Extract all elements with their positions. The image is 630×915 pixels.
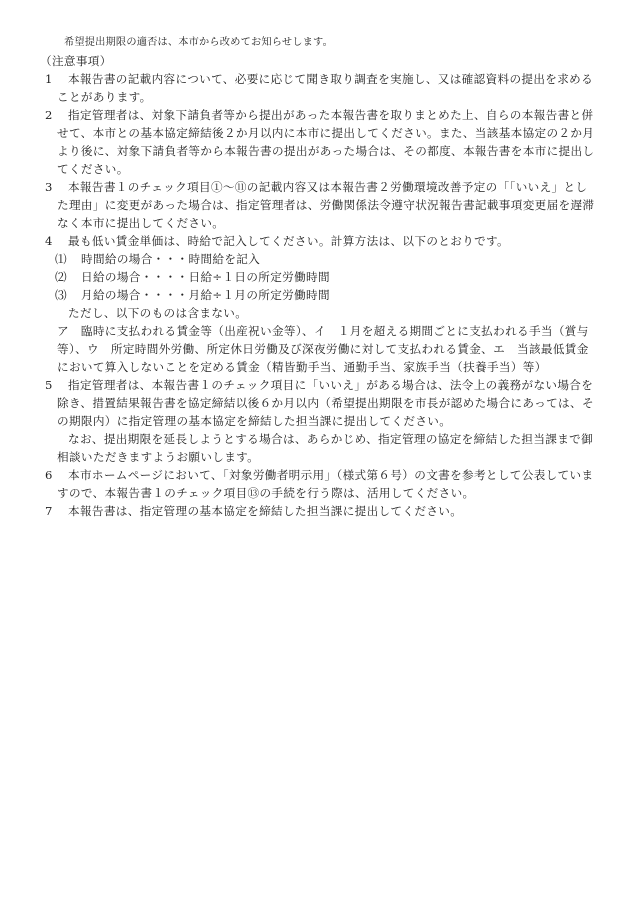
item-text: より後に、対象下請負者等から本報告書の提出があった場合は、その都度、本報告書を本… (57, 144, 594, 158)
document-page: 希望提出期限の適否は、本市から改めてお知らせします。 （注意事項） 1 本報告書… (0, 0, 630, 915)
item-text: なく本市に提出してください。 (57, 216, 224, 230)
item-number: 7 (45, 504, 53, 518)
item-number: 6 (45, 468, 53, 482)
item-text: 本報告書の記載内容について、必要に応じて聞き取り調査を実施し、又は確認資料の提出… (68, 72, 593, 86)
item-number: 3 (45, 180, 53, 194)
deadline-notice: 希望提出期限の適否は、本市から改めてお知らせします。 (64, 36, 333, 50)
item-text: 最も低い賃金単価は、時給で記入してください。計算方法は、以下のとおりです。 (68, 234, 509, 248)
item-number: 4 (45, 234, 53, 248)
sub-item-label: ⑶ (55, 288, 67, 302)
exclusion-note: ただし、以下のものは含まない。 (68, 306, 247, 320)
item-text: なお、提出期限を延長しようとする場合は、あらかじめ、指定管理の協定を締結した担当… (68, 432, 593, 446)
sub-item-text: 月給の場合・・・・月給÷１月の所定労働時間 (81, 288, 330, 302)
sub-item-label: ⑵ (55, 270, 67, 284)
item-number: 1 (45, 72, 53, 86)
item-text: た理由」に変更があった場合は、指定管理者は、労働関係法令遵守状況報告書記載事項変… (57, 198, 594, 212)
item-number: 5 (45, 378, 53, 392)
item-text: 指定管理者は、対象下請負者等から提出があった本報告書を取りまとめた上、自らの本報… (68, 108, 593, 122)
item-text: てください。 (57, 162, 129, 176)
sub-item-label: ⑴ (55, 252, 67, 266)
sub-item-text: 時間給の場合・・・時間給を記入 (81, 252, 260, 266)
exclusion-text: 等）、ウ 所定時間外労働、所定休日労働及び深夜労働に対して支払われる賃金、エ 当… (57, 342, 589, 356)
item-text: ことがあります。 (57, 90, 152, 104)
item-text: 本報告書１のチェック項目①～⑪の記載内容又は本報告書２労働環境改善予定の「「いい… (68, 180, 587, 194)
item-text: すので、本報告書１のチェック項目⑬の手続を行う際は、活用してください。 (57, 486, 474, 500)
item-text: 指定管理者は、本報告書１のチェック項目に「いいえ」がある場合は、法令上の義務がな… (68, 378, 593, 392)
exclusion-text: ア 臨時に支払われる賃金等（出産祝い金等）、イ １月を超える期間ごとに支払われる… (57, 324, 589, 338)
section-heading: （注意事項） (40, 54, 112, 68)
item-text: せて、本市との基本協定締結後２か月以内に本市に提出してください。また、当該基本協… (57, 126, 594, 140)
item-text: の期限内）に指定管理の基本協定を締結した担当課に提出してください。 (57, 414, 451, 428)
item-text: 除き、措置結果報告書を協定締結以後６か月以内（希望提出期限を市長が認めた場合にあ… (57, 396, 594, 410)
item-text: 相談いただきますようお願いします。 (57, 450, 259, 464)
exclusion-text: において算入しないことを定める賃金（精皆勤手当、通勤手当、家族手当（扶養手当）等… (57, 360, 547, 374)
sub-item-text: 日給の場合・・・・日給÷１日の所定労働時間 (81, 270, 330, 284)
item-text: 本市ホームページにおいて、「対象労働者明示用」（様式第６号）の文書を参考として公… (68, 468, 593, 482)
item-number: 2 (45, 108, 53, 122)
item-text: 本報告書は、指定管理の基本協定を締結した担当課に提出してください。 (68, 504, 462, 518)
